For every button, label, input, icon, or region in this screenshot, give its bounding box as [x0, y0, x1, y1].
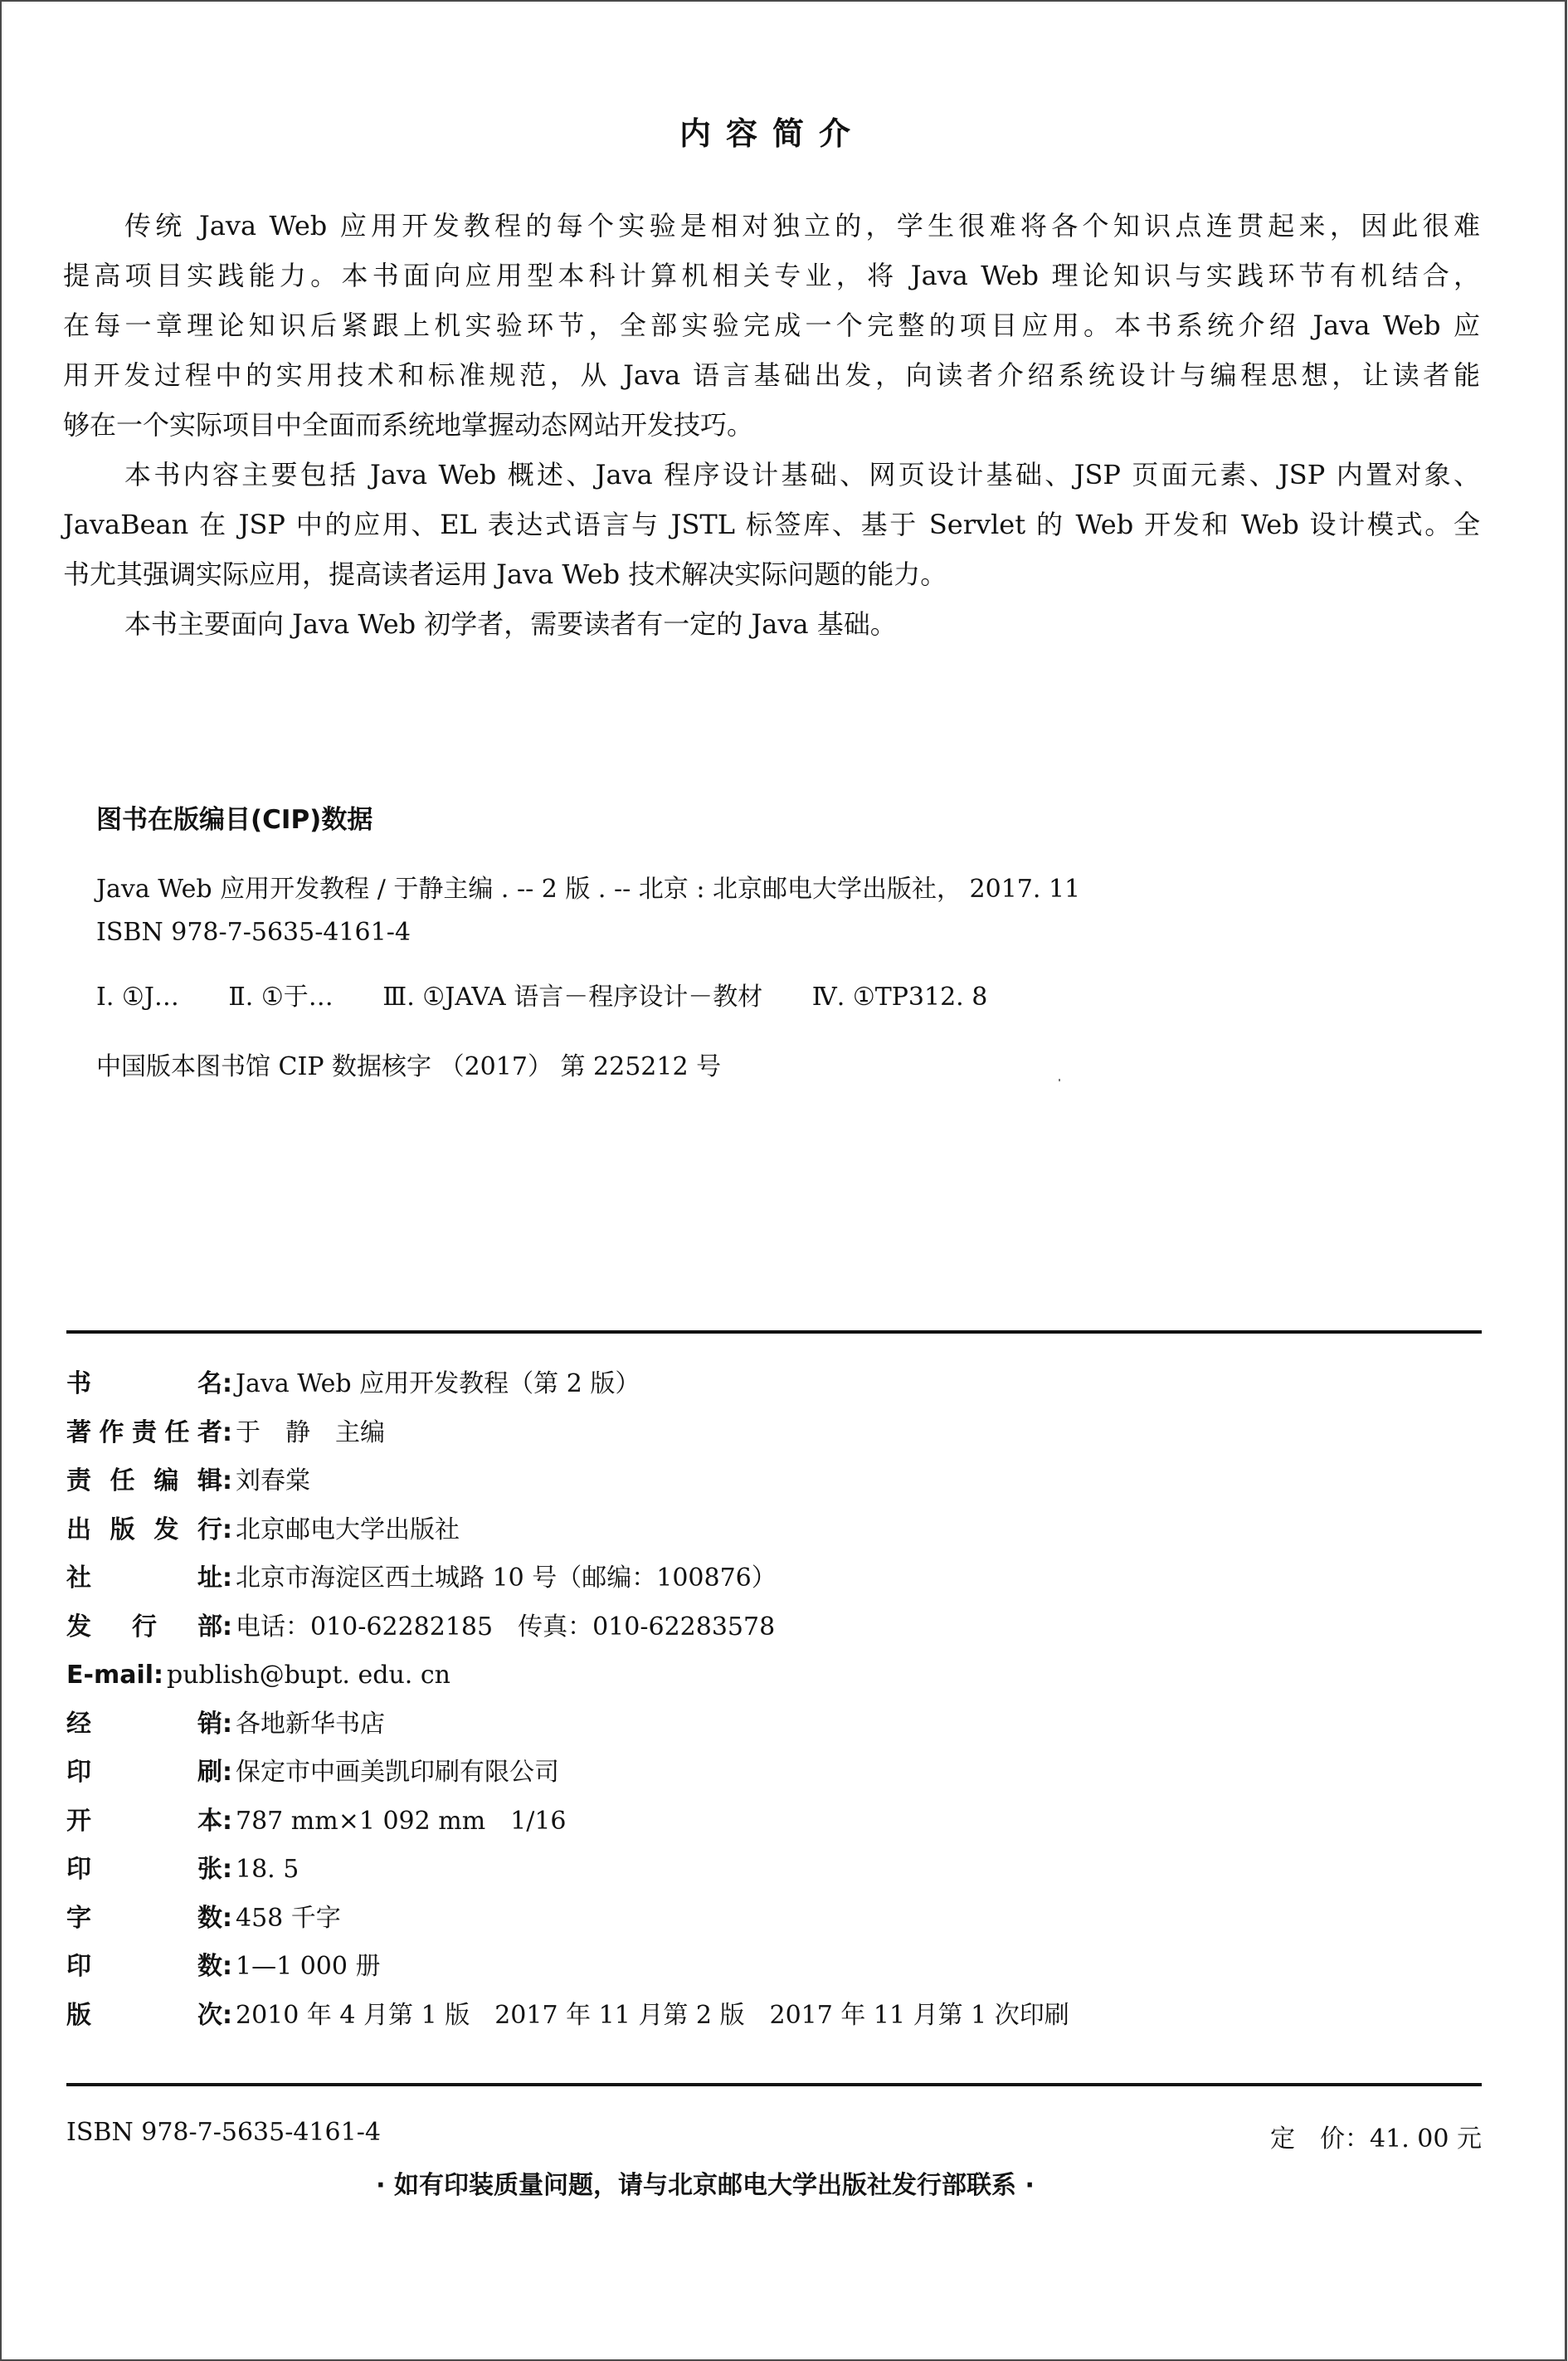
divider-top	[66, 1330, 1482, 1334]
imprint-value: 电话：010-62282185 传真：010-62283578	[236, 1611, 775, 1644]
intro-line: 本书主要面向 Java Web 初学者，需要读者有一定的 Java 基础。	[63, 599, 1480, 649]
cip-isbn: ISBN 978-7-5635-4161-4	[96, 918, 411, 947]
colon: :	[222, 1465, 236, 1498]
imprint-value: 保定市中画美凯印刷有限公司	[236, 1756, 559, 1789]
scan-speck	[1059, 1079, 1060, 1081]
imprint-label: 印刷	[66, 1756, 222, 1789]
imprint-value: Java Web 应用开发教程（第 2 版）	[236, 1368, 640, 1401]
imprint-row-printer: 印刷:保定市中画美凯印刷有限公司	[66, 1756, 1069, 1805]
cip-class-1: Ⅰ. ①J…	[96, 983, 179, 1012]
colon: :	[222, 1853, 236, 1886]
intro-line: 用开发过程中的实用技术和标准规范，从 Java 语言基础出发，向读者介绍系统设计…	[63, 350, 1480, 400]
email-value: publish@bupt. edu. cn	[167, 1659, 450, 1692]
cip-classifications: Ⅰ. ①J… Ⅱ. ①于… Ⅲ. ①JAVA 语言－程序设计－教材 Ⅳ. ①TP…	[96, 976, 1029, 1012]
colon: :	[222, 1805, 236, 1838]
divider-bottom	[66, 2083, 1482, 2086]
imprint-value: 2010 年 4 月第 1 版 2017 年 11 月第 2 版 2017 年 …	[236, 1999, 1069, 2032]
imprint-value: 刘春棠	[236, 1465, 310, 1498]
imprint-label: 著作责任者	[66, 1417, 222, 1450]
colon: :	[153, 1659, 167, 1692]
imprint-value: 18. 5	[236, 1853, 299, 1886]
imprint-row-publisher: 出版发行:北京邮电大学出版社	[66, 1514, 1069, 1563]
colon: :	[222, 1902, 236, 1935]
imprint-label: E-mail	[66, 1659, 153, 1692]
colon: :	[222, 1417, 236, 1450]
colon: :	[222, 1514, 236, 1547]
imprint-table: 书名:Java Web 应用开发教程（第 2 版） 著作责任者:于 静 主编 责…	[66, 1368, 1069, 2047]
imprint-label: 发行部	[66, 1611, 222, 1644]
imprint-value: 458 千字	[236, 1902, 341, 1935]
page-title: 内容简介	[0, 108, 1545, 154]
imprint-row-format: 开本:787 mm×1 092 mm 1/16	[66, 1805, 1069, 1854]
colon: :	[222, 1368, 236, 1401]
colon: :	[222, 1708, 236, 1741]
colon: :	[222, 1950, 236, 1983]
intro-line: 提高项目实践能力。本书面向应用型本科计算机相关专业，将 Java Web 理论知…	[63, 251, 1480, 300]
cip-class-3: Ⅲ. ①JAVA 语言－程序设计－教材	[382, 976, 762, 1012]
quality-notice: · 如有印装质量问题，请与北京邮电大学出版社发行部联系 ·	[0, 2164, 1410, 2201]
imprint-row-address: 社址:北京市海淀区西土城路 10 号（邮编：100876）	[66, 1562, 1069, 1611]
colon: :	[222, 1562, 236, 1595]
cip-approval: 中国版本图书馆 CIP 数据核字 （2017） 第 225212 号	[96, 1046, 721, 1082]
colon: :	[222, 1999, 236, 2032]
imprint-row-title: 书名:Java Web 应用开发教程（第 2 版）	[66, 1368, 1069, 1417]
cip-heading: 图书在版编目(CIP)数据	[96, 798, 373, 836]
price-label: 定 价	[1270, 2124, 1345, 2154]
intro-line: 书尤其强调实际应用，提高读者运用 Java Web 技术解决实际问题的能力。	[63, 549, 1480, 599]
intro-line: JavaBean 在 JSP 中的应用、EL 表达式语言与 JSTL 标签库、基…	[63, 500, 1480, 549]
imprint-row-sales-dept: 发行部:电话：010-62282185 传真：010-62283578	[66, 1611, 1069, 1660]
imprint-value: 787 mm×1 092 mm 1/16	[236, 1805, 567, 1838]
imprint-value: 于 静 主编	[236, 1417, 385, 1450]
imprint-row-author: 著作责任者:于 静 主编	[66, 1417, 1069, 1466]
cip-record: Java Web 应用开发教程 / 于静主编 . -- 2 版 . -- 北京 …	[96, 868, 1080, 905]
colon: :	[222, 1756, 236, 1789]
colon: ：	[1345, 2124, 1370, 2154]
footer-price: 定 价：41. 00 元	[1270, 2118, 1482, 2154]
imprint-row-sheets: 印张:18. 5	[66, 1853, 1069, 1902]
imprint-row-email: E-mail:publish@bupt. edu. cn	[66, 1659, 1069, 1708]
imprint-label: 字数	[66, 1902, 222, 1935]
imprint-row-distributor: 经销:各地新华书店	[66, 1708, 1069, 1757]
intro-text: 传统 Java Web 应用开发教程的每个实验是相对独立的，学生很难将各个知识点…	[63, 201, 1480, 649]
imprint-value: 北京邮电大学出版社	[236, 1514, 460, 1547]
imprint-value: 北京市海淀区西土城路 10 号（邮编：100876）	[236, 1562, 777, 1595]
imprint-row-print-run: 印数:1—1 000 册	[66, 1950, 1069, 1999]
intro-line: 够在一个实际项目中全面而系统地掌握动态网站开发技巧。	[63, 400, 1480, 450]
imprint-label: 社址	[66, 1562, 222, 1595]
imprint-label: 书名	[66, 1368, 222, 1401]
price-value: 41. 00 元	[1370, 2124, 1482, 2154]
intro-paragraph-1: 传统 Java Web 应用开发教程的每个实验是相对独立的，学生很难将各个知识点…	[63, 201, 1480, 450]
intro-line: 在每一章理论知识后紧跟上机实验环节，全部实验完成一个完整的项目应用。本书系统介绍…	[63, 300, 1480, 350]
intro-paragraph-2: 本书内容主要包括 Java Web 概述、Java 程序设计基础、网页设计基础、…	[63, 450, 1480, 599]
intro-line: 传统 Java Web 应用开发教程的每个实验是相对独立的，学生很难将各个知识点…	[63, 201, 1480, 251]
imprint-label: 出版发行	[66, 1514, 222, 1547]
imprint-row-word-count: 字数:458 千字	[66, 1902, 1069, 1951]
imprint-label: 责任编辑	[66, 1465, 222, 1498]
imprint-value: 各地新华书店	[236, 1708, 385, 1741]
imprint-value: 1—1 000 册	[236, 1950, 381, 1983]
colon: :	[222, 1611, 236, 1644]
imprint-label: 版次	[66, 1999, 222, 2032]
imprint-label: 印张	[66, 1853, 222, 1886]
imprint-row-edition: 版次:2010 年 4 月第 1 版 2017 年 11 月第 2 版 2017…	[66, 1999, 1069, 2048]
cip-class-4: Ⅳ. ①TP312. 8	[812, 983, 988, 1012]
imprint-label: 印数	[66, 1950, 222, 1983]
imprint-label: 开本	[66, 1805, 222, 1838]
imprint-label: 经销	[66, 1708, 222, 1741]
cip-class-2: Ⅱ. ①于…	[228, 976, 333, 1012]
intro-paragraph-3: 本书主要面向 Java Web 初学者，需要读者有一定的 Java 基础。	[63, 599, 1480, 649]
intro-line: 本书内容主要包括 Java Web 概述、Java 程序设计基础、网页设计基础、…	[63, 450, 1480, 500]
footer-isbn: ISBN 978-7-5635-4161-4	[66, 2118, 381, 2147]
imprint-row-editor: 责任编辑:刘春棠	[66, 1465, 1069, 1514]
